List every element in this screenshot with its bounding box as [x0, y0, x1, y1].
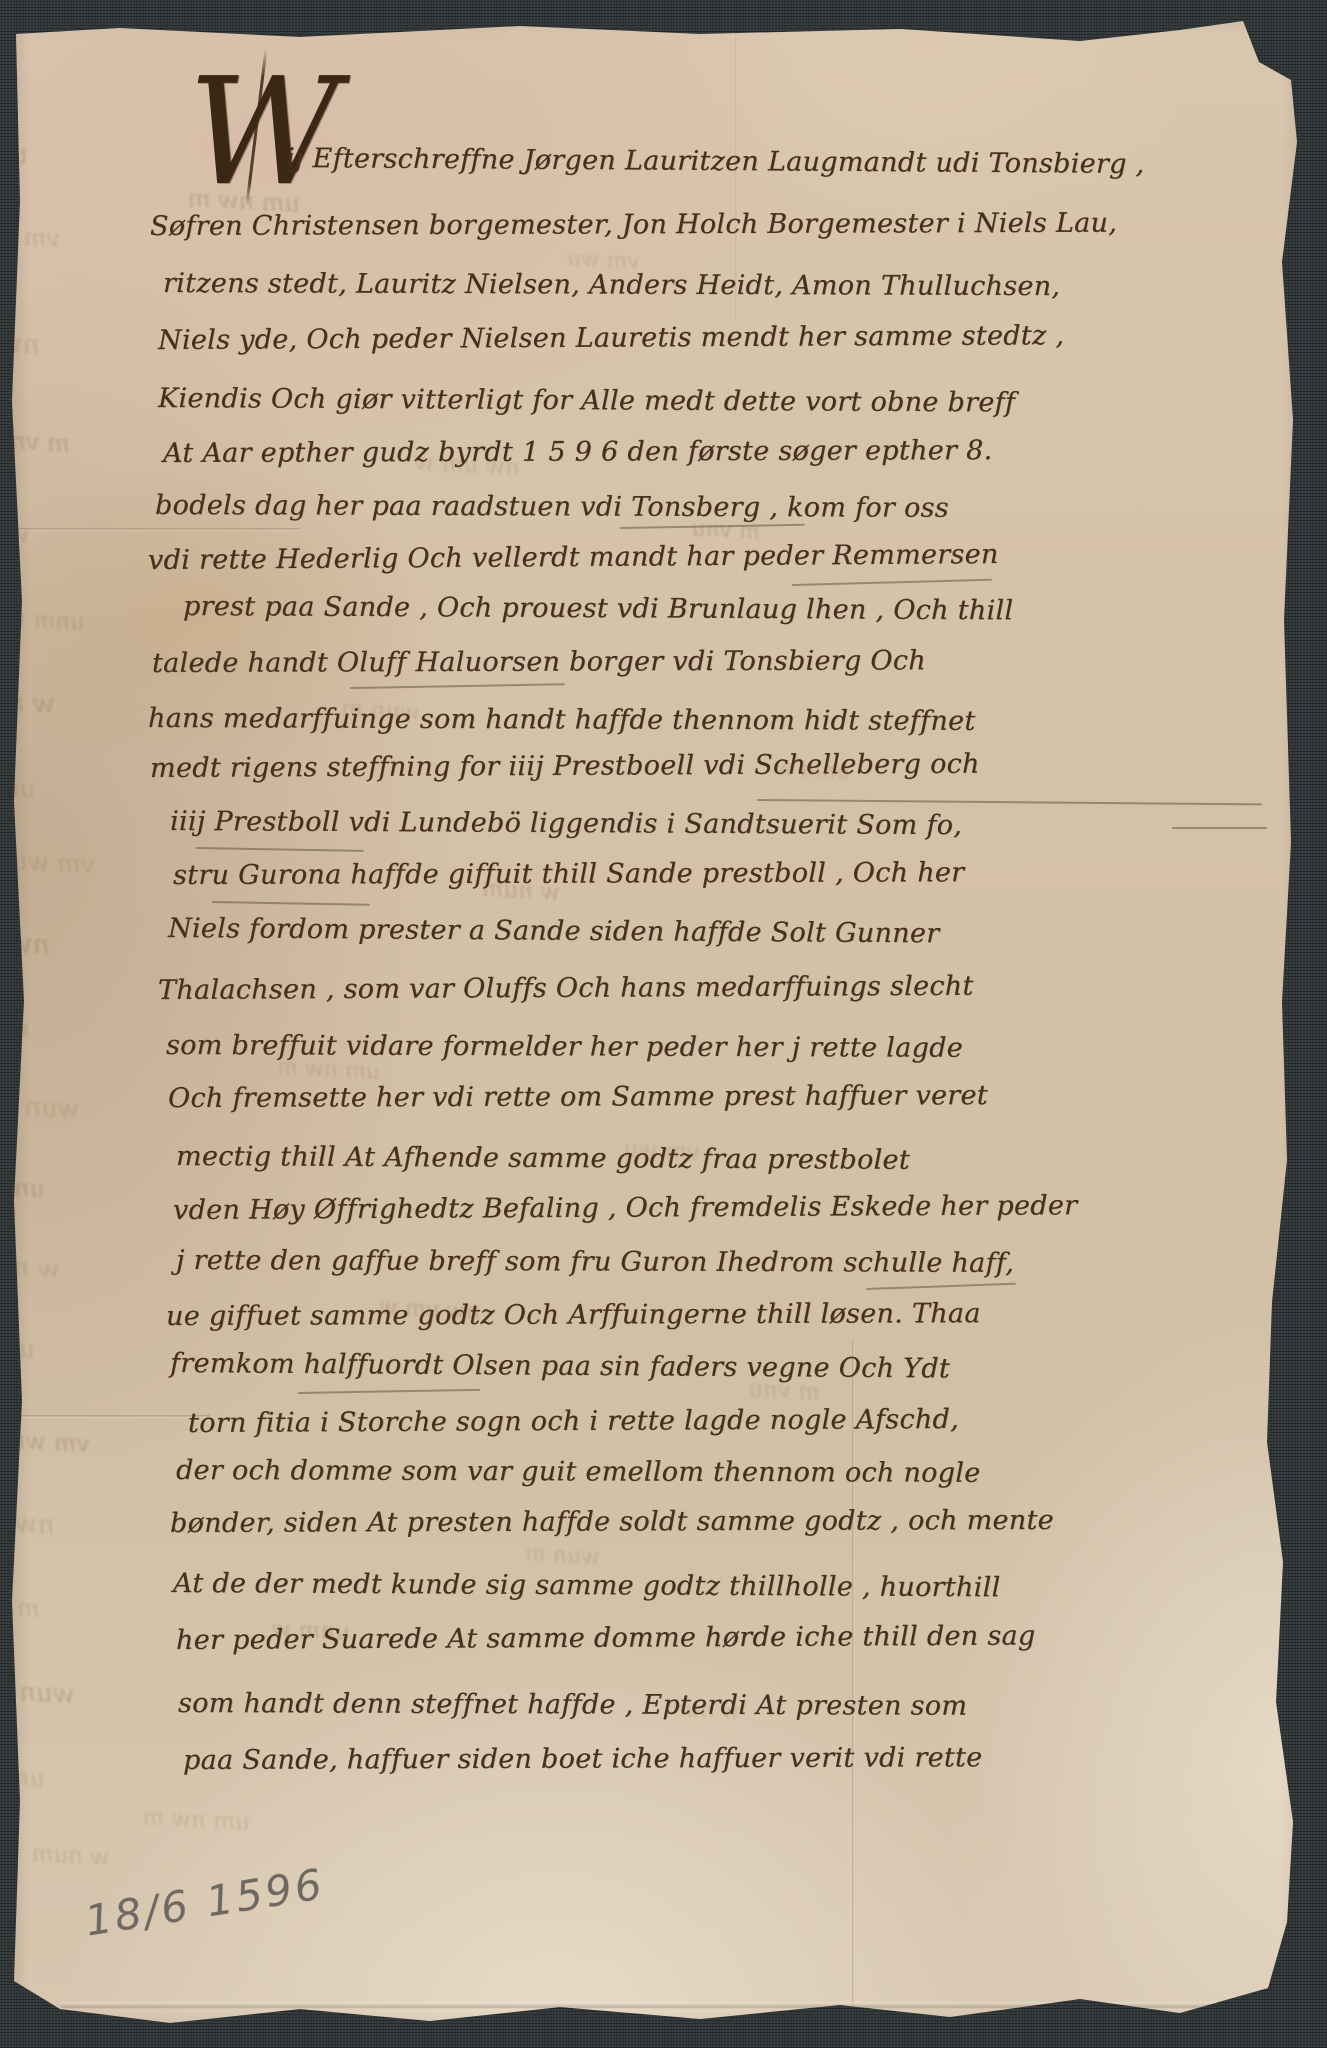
manuscript-line: bønder, siden At presten haffde soldt sa…: [170, 1505, 1054, 1539]
ink-underline: [1172, 827, 1267, 829]
manuscript-line: Søfren Christensen borgemester, Jon Holc…: [150, 208, 1117, 242]
manuscript-line: ij Efterschreffne Jørgen Lauritzen Laugm…: [286, 143, 1145, 180]
ink-bleedthrough-mark: nw um w: [0, 324, 41, 361]
manuscript-line: iiij Prestboll vdi Lundebö liggendis i S…: [170, 806, 962, 841]
ornate-initial-letter: W: [188, 58, 340, 206]
paper-sheet: um nw mvm wunw um wm vnuwun munm ww numu…: [0, 0, 1327, 2048]
ink-bleedthrough-mark: nw um w: [0, 924, 51, 961]
pencil-date-annotation: 18/6 1596: [82, 1859, 328, 1945]
ink-bleedthrough-mark: wun m: [0, 1675, 76, 1710]
manuscript-line: ue giffuet samme godtz Och Arffuingerne …: [166, 1298, 981, 1332]
manuscript-line: Kiendis Och giør vitterligt for Alle med…: [158, 383, 1015, 418]
ink-bleedthrough-mark: vm wu: [0, 221, 61, 253]
manuscript-line: her peder Suarede At samme domme hørde i…: [176, 1621, 1036, 1656]
ink-underline: [757, 799, 1262, 805]
ink-bleedthrough-mark: m vnu: [0, 1011, 31, 1043]
manuscript-line: torn fitia i Storche sogn och i rette la…: [188, 1404, 959, 1439]
manuscript-line: bodels dag her paa raadstuen vdi Tonsber…: [155, 490, 949, 524]
manuscript-line: vdi rette Hederlig Och vellerdt mandt ha…: [148, 539, 999, 576]
manuscript-line: fremkom halffuordt Olsen paa sin faders …: [170, 1348, 950, 1384]
manuscript-line: At Aar epther gudz byrdt 1 5 9 6 den før…: [163, 435, 993, 469]
ink-bleedthrough-mark: m vnu: [0, 1591, 41, 1623]
manuscript-line: vden Høy Øffrighedtz Befaling , Och frem…: [173, 1190, 1077, 1226]
paper-edge-shading: [0, 0, 1327, 2048]
manuscript-line: prest paa Sande , Och prouest vdi Brunla…: [183, 591, 1013, 626]
ink-bleedthrough-mark: um nw m: [0, 769, 36, 803]
manuscript-line: Niels yde, Och peder Nielsen Lauretis me…: [158, 320, 1064, 356]
manuscript-line: Thalachsen , som var Oluffs Och hans med…: [158, 971, 974, 1006]
ink-bleedthrough-mark: w num: [31, 1841, 111, 1871]
manuscript-line: paa Sande, haffuer siden boet iche haffu…: [183, 1742, 983, 1776]
ink-underline: [196, 847, 364, 852]
manuscript-line: mectig thill At Afhende samme godtz fraa…: [176, 1141, 910, 1176]
ink-bleedthrough-mark: vm wu: [9, 1426, 90, 1458]
manuscript-line: hans medarffuinge som handt haffde thenn…: [148, 703, 976, 737]
ink-bleedthrough-mark: m vnu: [0, 426, 71, 458]
ink-bleedthrough-mark: um nw m: [142, 1804, 251, 1836]
ink-underline: [298, 1389, 480, 1394]
ink-underline: [212, 901, 370, 906]
manuscript-line: At de der medt kunde sig samme godtz thi…: [173, 1568, 1001, 1603]
ink-underline: [866, 1283, 1016, 1290]
manuscript-line: Och fremsette her vdi rette om Samme pre…: [168, 1080, 988, 1114]
manuscript-line: som breffuit vidare formelder her peder …: [166, 1030, 963, 1064]
manuscript-line: som handt denn steffnet haffde , Epterdi…: [178, 1688, 967, 1722]
ink-bleedthrough-mark: um nw m: [0, 134, 29, 170]
manuscript-line: Niels fordom prester a Sande siden haffd…: [168, 913, 940, 949]
ink-bleedthrough-mark: unm w: [0, 1761, 46, 1793]
ink-bleedthrough-mark: um nw m: [0, 1329, 36, 1364]
photograph-backdrop: { "colors": { "backdrop_fabric": "#33383…: [0, 0, 1327, 2048]
ink-underline: [792, 579, 992, 586]
manuscript-line: stru Gurona haffde giffuit thill Sande p…: [173, 857, 964, 891]
ink-bleedthrough-mark: unm w: [0, 1171, 46, 1203]
fold-crease: [0, 1415, 210, 1418]
fold-crease: [852, 1340, 855, 2010]
manuscript-line: medt rigens steffning for iiij Prestboel…: [150, 749, 980, 784]
paper-wrinkle-ridge: [60, 2002, 1240, 2008]
manuscript-line: ritzens stedt, Lauritz Nielsen, Anders H…: [163, 268, 1060, 302]
ink-bleedthrough-mark: unm w: [6, 606, 86, 636]
manuscript-line: der och domme som var guit emellom thenn…: [176, 1455, 981, 1489]
ink-bleedthrough-mark: w num: [0, 1250, 61, 1285]
ink-underline: [350, 683, 565, 689]
ink-bleedthrough-mark: wun m: [524, 1541, 600, 1570]
ink-bleedthrough-mark: w num: [0, 685, 56, 720]
ink-bleedthrough-mark: nw um w: [0, 1504, 56, 1541]
ink-bleedthrough-mark: wun m: [0, 1090, 81, 1125]
ink-bleedthrough-mark: wun m: [0, 515, 31, 550]
fold-crease: [0, 528, 300, 531]
manuscript-line: talede handt Oluff Haluorsen borger vdi …: [152, 645, 926, 679]
ink-bleedthrough-mark: vm wu: [11, 846, 96, 879]
manuscript-line: j rette den gaffue breff som fru Guron I…: [176, 1245, 1014, 1279]
